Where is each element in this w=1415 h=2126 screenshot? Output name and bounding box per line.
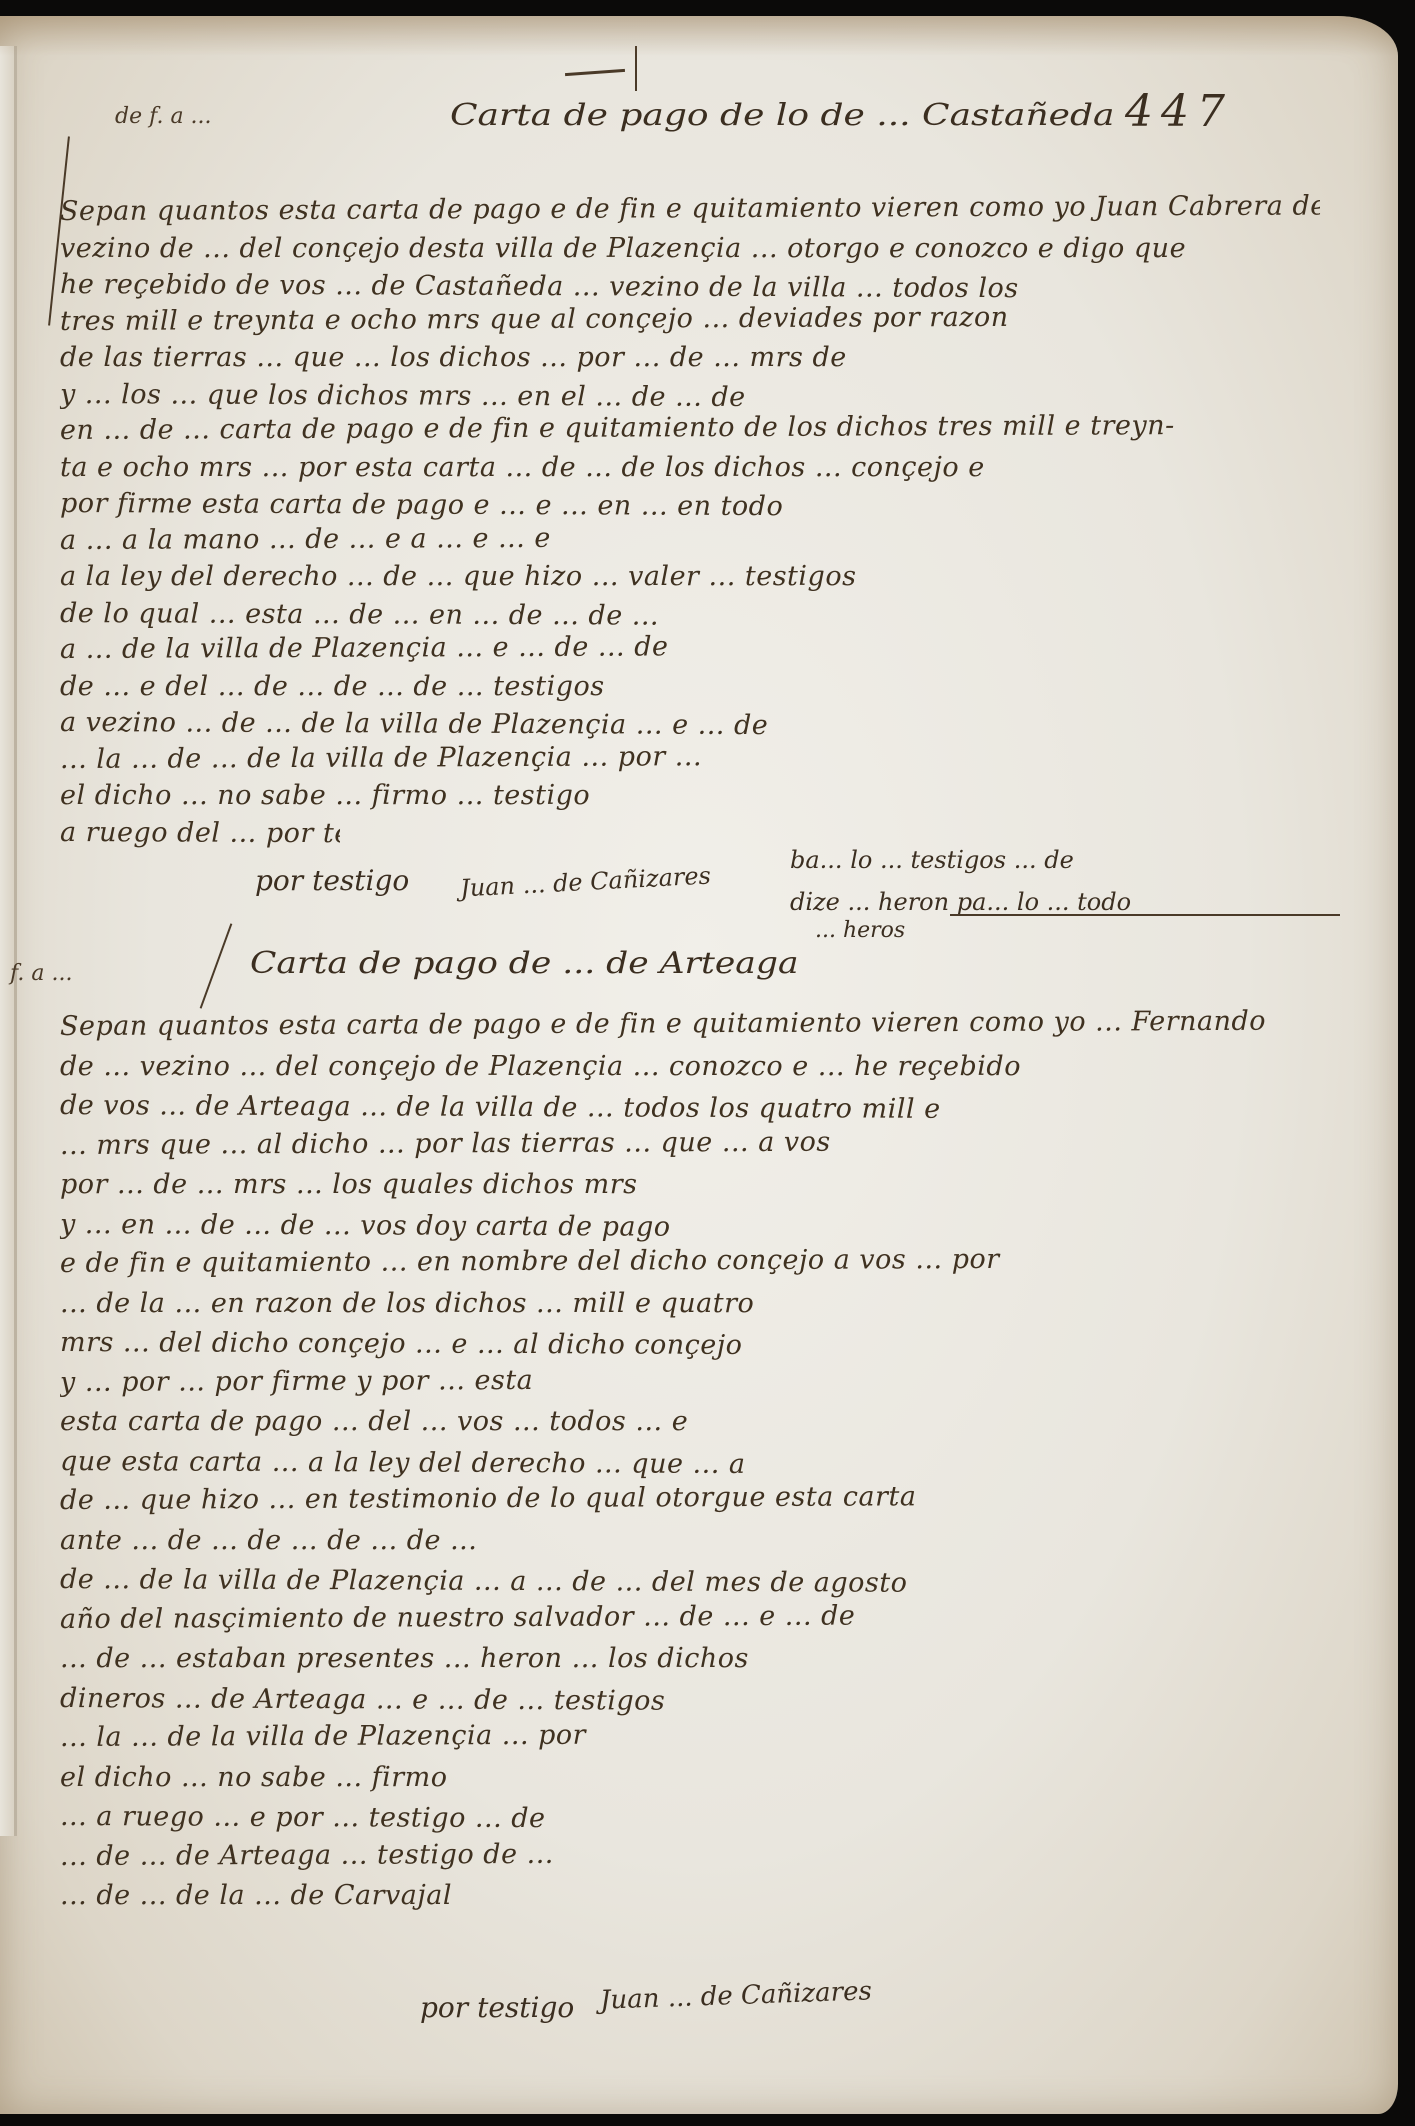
manuscript-line: ... de ... estaban presentes ... heron .… bbox=[60, 1643, 1330, 1674]
manuscript-line: dineros ... de Arteaga ... e ... de ... … bbox=[60, 1683, 1330, 1720]
manuscript-line: a ruego del ... por testigo bbox=[60, 817, 340, 849]
manuscript-line: de ... vezino ... del conçejo de Plazenç… bbox=[60, 1051, 1330, 1082]
manuscript-line: tres mill e treynta e ocho mrs que al co… bbox=[60, 300, 1330, 337]
manuscript-line: a ... a la mano ... de ... e a ... e ...… bbox=[60, 519, 1330, 556]
manuscript-line: ... de ... de Arteaga ... testigo de ... bbox=[60, 1835, 1330, 1872]
manuscript-line: a ... de la villa de Plazençia ... e ...… bbox=[60, 628, 1330, 665]
manuscript-line: a la ley del derecho ... de ... que hizo… bbox=[60, 561, 1330, 592]
manuscript-line: ... la ... de ... de la villa de Plazenç… bbox=[60, 738, 1330, 775]
manuscript-line: por ... de ... mrs ... los quales dichos… bbox=[60, 1169, 1330, 1200]
manuscript-line: ... de la ... en razon de los dichos ...… bbox=[60, 1288, 1330, 1319]
manuscript-page: de f. a ... Carta de pago de lo de ... C… bbox=[0, 16, 1398, 2114]
manuscript-line: ... la ... de la villa de Plazençia ... … bbox=[60, 1716, 1330, 1753]
manuscript-line: e de fin e quitamiento ... en nombre del… bbox=[60, 1242, 1330, 1279]
manuscript-line: vezino de ... del conçejo desta villa de… bbox=[60, 233, 1330, 264]
manuscript-line: año del nasçimiento de nuestro salvador … bbox=[60, 1598, 1330, 1635]
manuscript-line: el dicho ... no sabe ... firmo ... testi… bbox=[60, 780, 1330, 811]
margin-note-entry2: f. a ... bbox=[10, 961, 72, 986]
entry2-heading: Carta de pago de ... de Arteaga bbox=[250, 946, 799, 981]
entry2-signature-name: Juan ... de Cañizares bbox=[600, 1976, 873, 2015]
entry1-heading: Carta de pago de lo de ... Castañeda bbox=[450, 98, 1114, 133]
manuscript-line: Sepan quantos esta carta de pago e de fi… bbox=[60, 191, 1320, 227]
entry1-signature-note-1: ba... lo ... testigos ... de bbox=[790, 846, 1074, 874]
manuscript-line: de ... e del ... de ... de ... de ... te… bbox=[60, 671, 1330, 702]
manuscript-line: por firme esta carta de pago e ... e ...… bbox=[60, 488, 1330, 525]
signature-rule bbox=[950, 914, 1340, 916]
manuscript-line: he reçebido de vos ... de Castañeda ... … bbox=[60, 269, 1330, 306]
heading-bracket bbox=[200, 923, 233, 1008]
manuscript-line: esta carta de pago ... del ... vos ... t… bbox=[60, 1406, 1330, 1437]
entry1-signature-prefix: por testigo bbox=[255, 864, 409, 897]
manuscript-line: el dicho ... no sabe ... firmo bbox=[60, 1762, 1330, 1793]
heading-flourish bbox=[565, 69, 625, 76]
manuscript-line: de ... de la villa de Plazençia ... a ..… bbox=[60, 1564, 1330, 1601]
entry1-signature-note-2: dize ... heron pa... lo ... todo bbox=[790, 888, 1131, 916]
manuscript-line: ... mrs que ... al dicho ... por las tie… bbox=[60, 1124, 1330, 1161]
manuscript-line: de vos ... de Arteaga ... de la villa de… bbox=[60, 1090, 1330, 1127]
manuscript-line: ta e ocho mrs ... por esta carta ... de … bbox=[60, 452, 1330, 483]
entry1-signature-name: Juan ... de Cañizares bbox=[459, 861, 711, 902]
manuscript-line: que esta carta ... a la ley del derecho … bbox=[60, 1446, 1330, 1483]
manuscript-line: de ... que hizo ... en testimonio de lo … bbox=[60, 1479, 1330, 1516]
heading-flourish bbox=[635, 46, 637, 91]
entry1-signature-note-3: ... heros bbox=[815, 918, 905, 943]
manuscript-line: Sepan quantos esta carta de pago e de fi… bbox=[60, 1005, 1330, 1042]
manuscript-line: ... de ... de la ... de Carvajal bbox=[60, 1880, 1130, 1911]
manuscript-line: en ... de ... carta de pago e de fin e q… bbox=[60, 409, 1330, 446]
manuscript-line: ante ... de ... de ... de ... de ... bbox=[60, 1525, 1330, 1556]
entry2-signature-prefix: por testigo bbox=[420, 1991, 574, 2024]
manuscript-line: de las tierras ... que ... los dichos ..… bbox=[60, 342, 1330, 373]
manuscript-line: a vezino ... de ... de la villa de Plaze… bbox=[60, 707, 1330, 744]
manuscript-line: ... a ruego ... e por ... testigo ... de bbox=[60, 1801, 1330, 1838]
manuscript-line: mrs ... del dicho conçejo ... e ... al d… bbox=[60, 1327, 1330, 1364]
manuscript-line: y ... por ... por firme y por ... esta bbox=[60, 1361, 1330, 1398]
folio-number: 447 bbox=[1125, 86, 1233, 137]
margin-note-entry1: de f. a ... bbox=[115, 104, 212, 129]
manuscript-line: y ... en ... de ... de ... vos doy carta… bbox=[60, 1209, 1330, 1246]
